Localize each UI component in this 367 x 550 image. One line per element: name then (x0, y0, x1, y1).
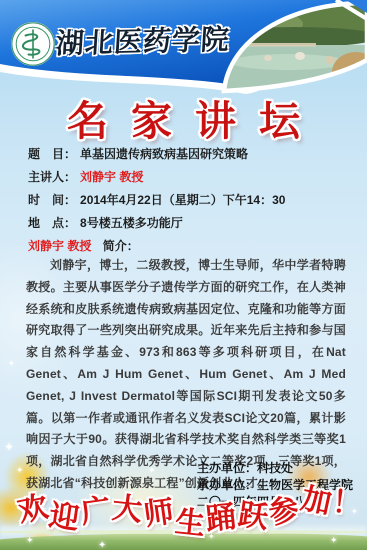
info-row-speaker: 主讲人： 刘静宇 教授 (28, 166, 349, 189)
slogan-char: 生 (173, 508, 206, 541)
intro-paragraph: 刘静宇，博士，二级教授，博士生导师，华中学者特聘教授。主要从事医学分子遗传学方面… (26, 255, 346, 495)
slogan-char: 跃 (236, 500, 270, 534)
speaker-label: 主讲人： (28, 166, 76, 189)
slogan-char: 踊 (205, 503, 238, 536)
topic-value: 单基因遗传病致病基因研究策略 (80, 143, 248, 166)
venue-label: 地 点： (28, 212, 76, 235)
venue-value: 8号楼五楼多功能厅 (80, 212, 183, 235)
slogan-char: 迎 (47, 501, 81, 535)
slogan-char: ！ (331, 488, 364, 521)
host-value: 科技处 (257, 461, 293, 475)
slogan-char: 大 (111, 494, 144, 527)
time-value: 2014年4月22日（星期二）下午14：30 (80, 189, 285, 212)
school-seal-icon (10, 21, 56, 67)
info-row-topic: 题 目： 单基因遗传病致病基因研究策略 (28, 143, 349, 166)
slogan: 欢迎广大师生踊跃参加！ (18, 487, 362, 517)
speaker-value: 刘静宇 教授 (80, 166, 143, 189)
slogan-char: 广 (79, 495, 113, 529)
slogan-char: 师 (142, 497, 176, 531)
sparkle-icon: ✦ (330, 536, 338, 545)
host-line: 主办单位：科技处 (197, 460, 353, 477)
poster: ✦✦✦✦✦✦✦✦✦✦✦ (0, 0, 367, 550)
school-name: 湖北医药学院 (55, 18, 231, 63)
info-row-venue: 地 点： 8号楼五楼多功能厅 (28, 212, 349, 235)
sparkle-icon: ✦ (16, 466, 24, 475)
info-row-time: 时 间： 2014年4月22日（星期二）下午14：30 (28, 189, 349, 212)
sparkle-icon: ✦ (26, 536, 34, 545)
lecture-info: 题 目： 单基因遗传病致病基因研究策略 主讲人： 刘静宇 教授 时 间： 201… (28, 143, 349, 235)
host-label: 主办单位： (197, 461, 257, 475)
slogan-char: 加 (298, 484, 334, 520)
slogan-char: 欢 (15, 492, 51, 528)
sparkle-icon: ✦ (4, 441, 14, 453)
intro-speaker-name: 刘静宇 教授 (28, 239, 91, 253)
time-label: 时 间： (28, 189, 76, 212)
sparkle-icon: ✦ (8, 360, 15, 368)
forum-title: 名家讲坛 (0, 88, 367, 147)
topic-label: 题 目： (28, 143, 76, 166)
slogan-char: 参 (266, 494, 302, 530)
intro-heading: 刘静宇 教授 简介： (28, 236, 139, 256)
intro-heading-suffix: 简介： (103, 239, 139, 253)
sparkle-icon: ✦ (98, 541, 106, 550)
